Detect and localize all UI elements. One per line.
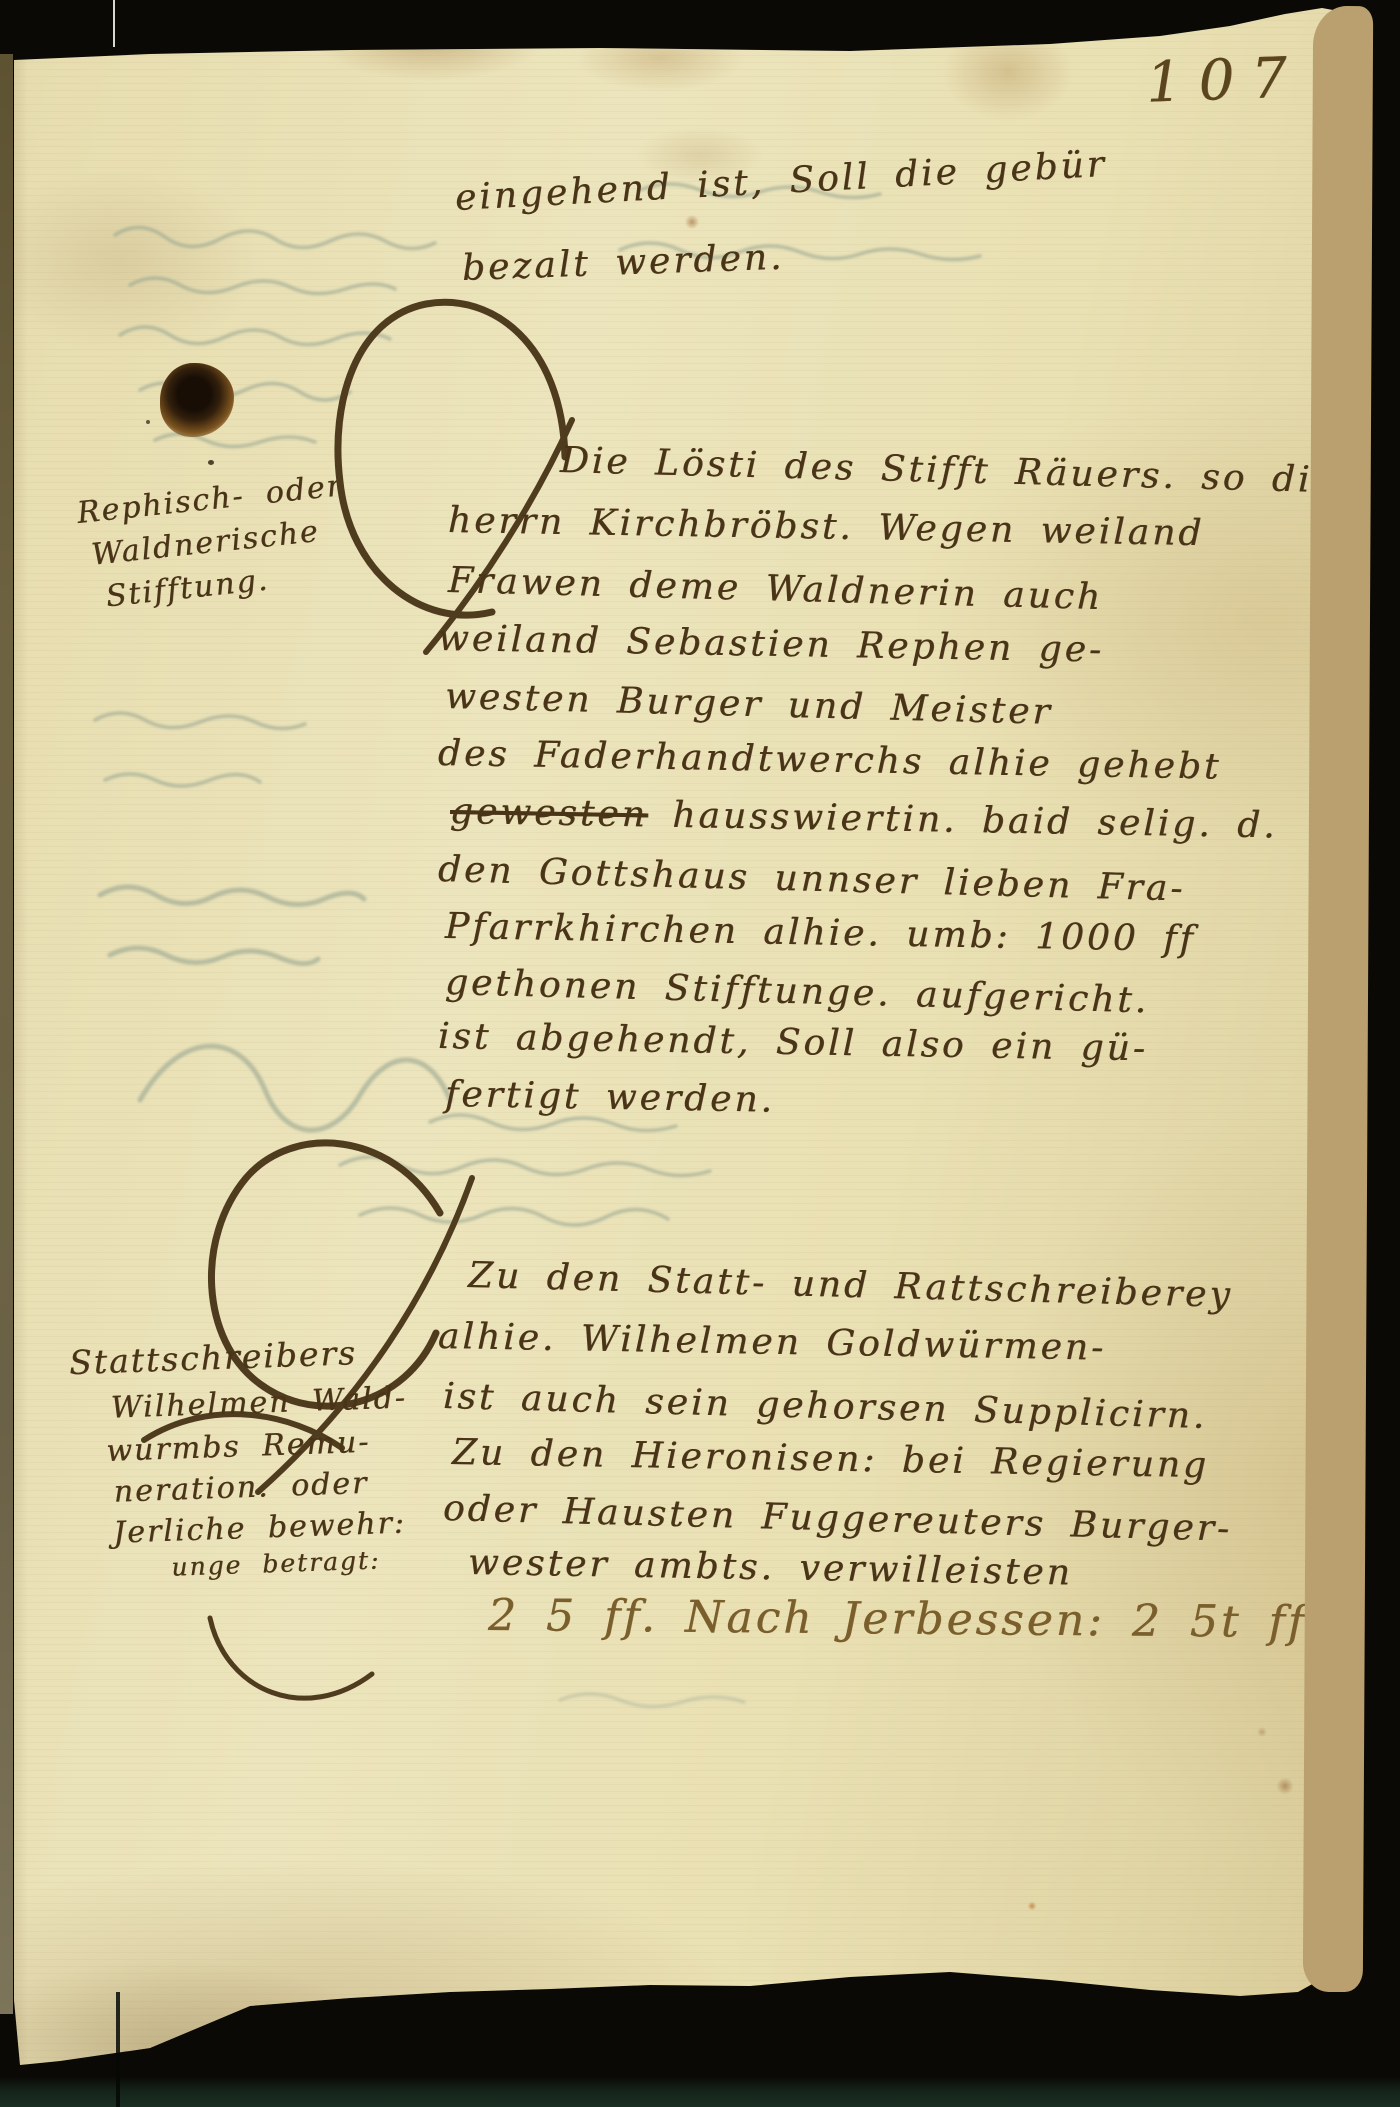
ink-speck [208, 460, 214, 465]
margin-note-line: wurmbs Remu- [106, 1424, 403, 1469]
margin-swash-flourish [196, 1612, 386, 1732]
strikethrough-word: gewesten [450, 791, 649, 835]
entry2-amount-line: 2 5 ff. Nach Jerbessen: 2 5t ff. [488, 1590, 1323, 1648]
manuscript-photo: 107 eingehend ist, Soll die gebür bezalt… [0, 0, 1400, 2107]
page-shadow-line [116, 1992, 120, 2107]
entry1-line: fertigt werden. [445, 1074, 776, 1121]
book-fore-edge [1303, 6, 1373, 1992]
margin-note-line: Wilhelmen Wald- [110, 1380, 407, 1425]
margin-note-line: neration. oder [113, 1464, 410, 1509]
folio-number: 107 [1145, 45, 1305, 115]
margin-note-stattschreiber: Stattschreibers Wilhelmen Wald- wurmbs R… [68, 1333, 371, 1551]
ink-speck [146, 420, 150, 424]
